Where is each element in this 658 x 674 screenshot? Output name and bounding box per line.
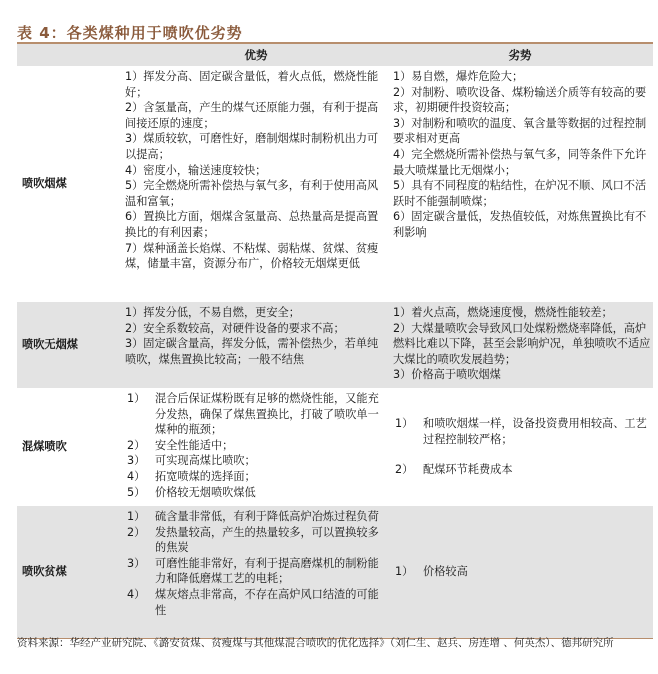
disadvantage-item: 2）对制粉、喷吹设备、煤粉输送介质等有较高的要求，初期硬件投资较高；	[393, 85, 653, 116]
advantage-item: 1） 硫含量非常低，有利于降低高炉冶炼过程负荷	[125, 509, 387, 525]
disadvantage-item: 1）易自燃，爆炸危险大；	[393, 69, 653, 85]
disadvantage-item: 4）完全燃烧所需补偿热与氧气多，同等条件下允许最大喷煤量比无烟煤小；	[393, 147, 653, 178]
comparison-table: 优势 劣势 喷吹烟煤 1）挥发分高、固定碳含量低，着火点低，燃烧性能好； 2）含…	[17, 42, 653, 639]
disadvantage-item: 6）固定碳含量低，发热值较低，对炼焦置换比有不利影响	[393, 209, 653, 240]
disadvantage-item: 2） 配煤环节耗费成本	[393, 462, 653, 478]
table-row-mixed: 混煤喷吹 1） 混合后保证煤粉既有足够的燃烧性能，又能充分发热，确保了煤焦置换比…	[17, 388, 653, 506]
advantages-cell: 1）挥发分高、固定碳含量低，着火点低，燃烧性能好； 2）含氢量高，产生的煤气还原…	[125, 66, 387, 302]
disadvantage-item: 1）着火点高，燃烧速度慢，燃烧性能较差；	[393, 305, 653, 321]
disadvantage-item: 3）价格高于喷吹烟煤	[393, 367, 653, 383]
table-row-lean-coal: 喷吹贫煤 1） 硫含量非常低，有利于降低高炉冶炼过程负荷 2） 发热量较高，产生…	[17, 506, 653, 639]
table-row-anthracite: 喷吹无烟煤 1）挥发分低，不易自燃，更安全； 2）安全系数较高，对硬件设备的要求…	[17, 302, 653, 388]
advantage-item: 1）挥发分低，不易自燃，更安全；	[125, 305, 387, 321]
row-label: 混煤喷吹	[17, 388, 125, 506]
advantage-item: 4） 拓宽喷煤的选择面；	[125, 469, 387, 485]
advantage-item: 3）煤质较软，可磨性好，磨制烟煤时制粉机出力可以提高；	[125, 131, 387, 162]
row-label: 喷吹烟煤	[17, 66, 125, 302]
advantage-item: 2） 安全性能适中；	[125, 438, 387, 454]
row-label: 喷吹贫煤	[17, 506, 125, 638]
disadvantages-cell: 1）着火点高，燃烧速度慢，燃烧性能较差； 2）大煤量喷吹会导致风口处煤粉燃烧率降…	[387, 302, 653, 388]
disadvantages-cell: 1）易自燃，爆炸危险大； 2）对制粉、喷吹设备、煤粉输送介质等有较高的要求，初期…	[387, 66, 653, 302]
advantages-cell: 1）挥发分低，不易自燃，更安全； 2）安全系数较高，对硬件设备的要求不高； 3）…	[125, 302, 387, 388]
disadvantages-cell: 1） 和喷吹烟煤一样，设备投资费用相较高、工艺过程控制较严格； 2） 配煤环节耗…	[387, 388, 653, 506]
advantages-cell: 1） 混合后保证煤粉既有足够的燃烧性能，又能充分发热，确保了煤焦置换比，打破了喷…	[125, 388, 387, 506]
disadvantage-item: 3）对制粉和喷吹的温度、氧含量等数据的过程控制要求相对更高	[393, 116, 653, 147]
advantages-cell: 1） 硫含量非常低，有利于降低高炉冶炼过程负荷 2） 发热量较高，产生的热量较多…	[125, 506, 387, 638]
advantage-item: 1）挥发分高、固定碳含量低，着火点低，燃烧性能好；	[125, 69, 387, 100]
table-title: 表 4：各类煤种用于喷吹优劣势	[17, 22, 243, 43]
advantage-item: 2）含氢量高，产生的煤气还原能力强，有利于提高间接还原的速度；	[125, 100, 387, 131]
advantage-item: 5）完全燃烧所需补偿热与氧气多，有利于使用高风温和富氧；	[125, 178, 387, 209]
table-header: 优势 劣势	[17, 44, 653, 66]
advantage-item: 3）固定碳含量高，挥发分低，需补偿热少，若单纯喷吹，煤焦置换比较高；一般不结焦	[125, 336, 387, 367]
table-row-bituminous: 喷吹烟煤 1）挥发分高、固定碳含量低，着火点低，燃烧性能好； 2）含氢量高，产生…	[17, 66, 653, 302]
disadvantage-item: 2）大煤量喷吹会导致风口处煤粉燃烧率降低，高炉燃料比难以下降，甚至会影响炉况，单…	[393, 321, 653, 368]
disadvantage-item: 1） 价格较高	[393, 564, 653, 580]
header-advantages: 优势	[125, 47, 387, 63]
disadvantages-cell: 1） 价格较高	[387, 506, 653, 638]
advantage-item: 6）置换比方面，烟煤含氢量高、总热量高是提高置换比的有利因素；	[125, 209, 387, 240]
advantage-item: 4）密度小，输送速度较快；	[125, 163, 387, 179]
advantage-item: 4） 煤灰熔点非常高，不存在高炉风口结渣的可能性	[125, 587, 387, 618]
advantage-item: 1） 混合后保证煤粉既有足够的燃烧性能，又能充分发热，确保了煤焦置换比，打破了喷…	[125, 391, 387, 438]
advantage-item: 2） 发热量较高，产生的热量较多，可以置换较多的焦炭	[125, 525, 387, 556]
advantage-item: 5） 价格较无烟喷吹煤低	[125, 485, 387, 501]
advantage-item: 3） 可磨性能非常好，有利于提高磨煤机的制粉能力和降低磨煤工艺的电耗；	[125, 556, 387, 587]
advantage-item: 3） 可实现高煤比喷吹；	[125, 453, 387, 469]
advantage-item: 7）煤种涵盖长焰煤、不粘煤、弱粘煤、贫煤、贫瘦煤，储量丰富，资源分布广，价格较无…	[125, 241, 387, 272]
disadvantage-item: 1） 和喷吹烟煤一样，设备投资费用相较高、工艺过程控制较严格；	[393, 416, 653, 447]
source-note: 资料来源：华经产业研究院、《潞安贫煤、贫瘦煤与其他煤混合喷吹的优化选择》（刘仁生…	[17, 636, 653, 651]
row-label: 喷吹无烟煤	[17, 302, 125, 388]
advantage-item: 2）安全系数较高，对硬件设备的要求不高；	[125, 321, 387, 337]
header-disadvantages: 劣势	[387, 47, 653, 63]
disadvantage-item: 5）具有不同程度的粘结性，在炉况不顺、风口不活跃时不能强制喷煤；	[393, 178, 653, 209]
